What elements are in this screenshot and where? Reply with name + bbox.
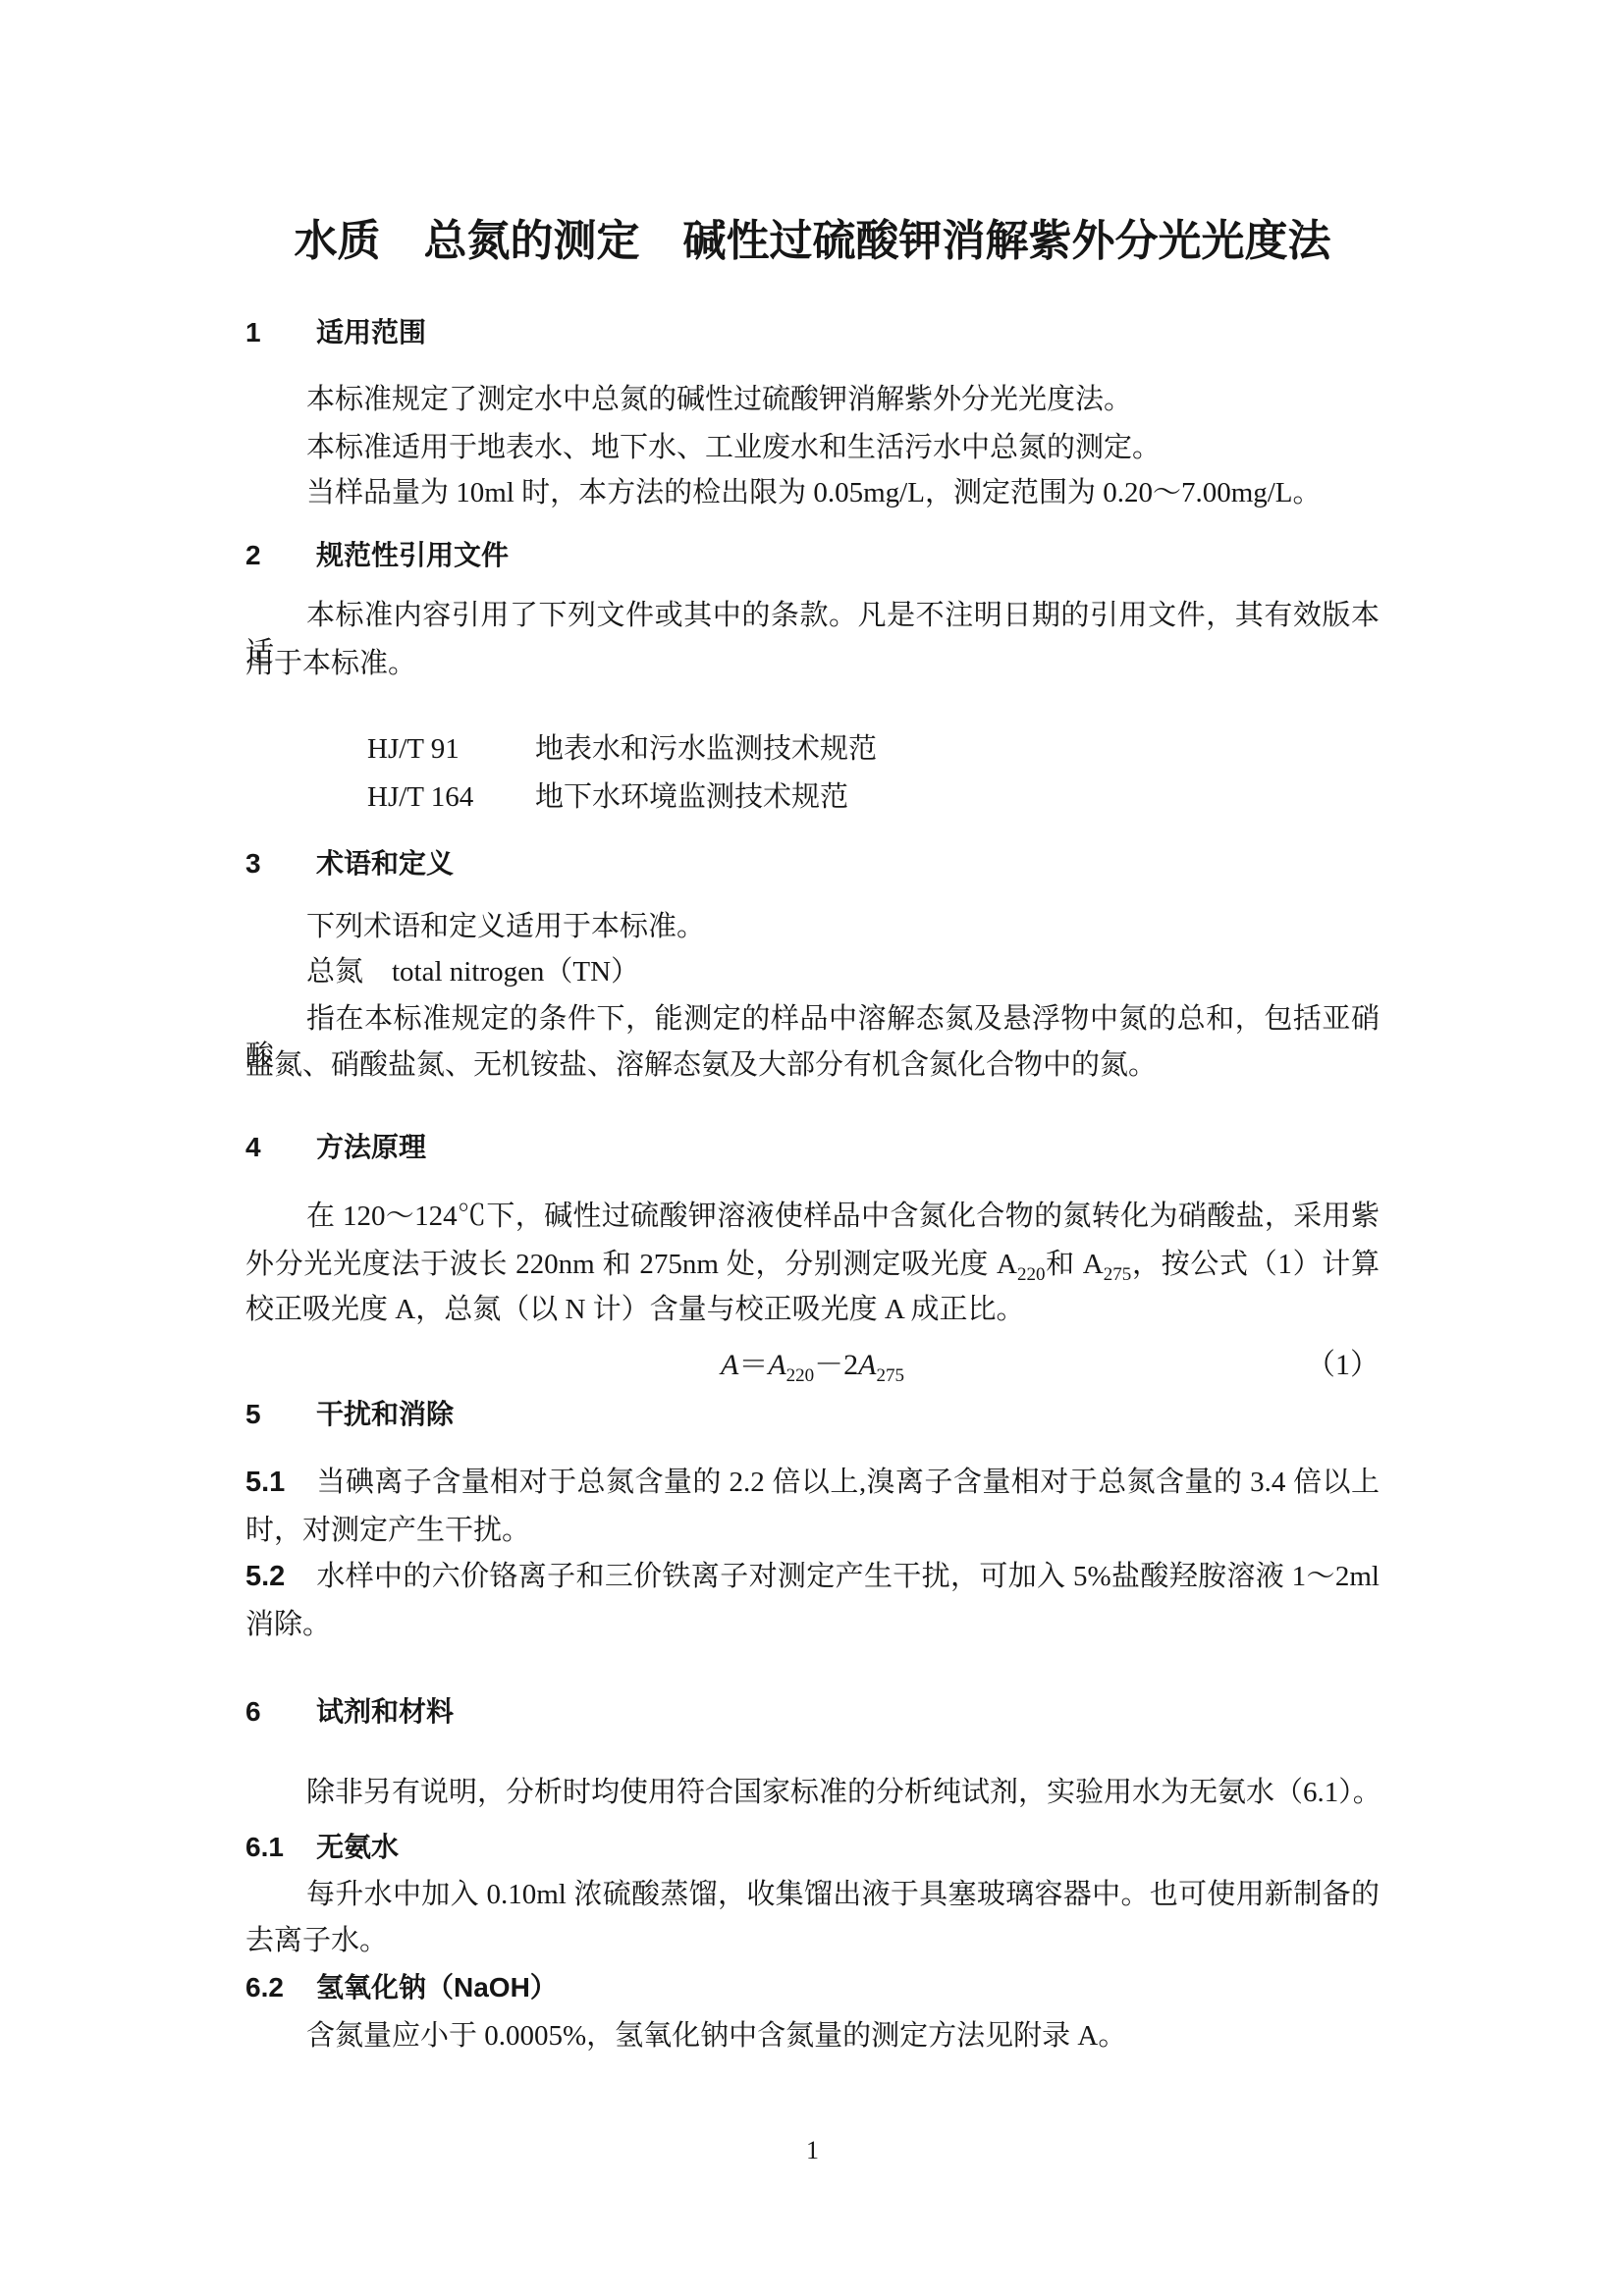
clause-6-1-title: 无氨水 xyxy=(316,1832,399,1862)
section-1-number: 1 xyxy=(245,314,316,351)
section-2-line-2: 用于本标准。 xyxy=(245,645,1380,682)
formula-1: A＝A220－2A275 （1） xyxy=(245,1347,1380,1395)
section-3-heading: 3术语和定义 xyxy=(245,845,1380,882)
clause-5-2-line-1: 5.2水样中的六价铬离子和三价铁离子对测定产生干扰，可加入 5%盐酸羟胺溶液 1… xyxy=(245,1558,1380,1595)
section-1-line-1: 本标准规定了测定水中总氮的碱性过硫酸钾消解紫外分光光度法。 xyxy=(245,381,1380,418)
section-4-heading: 4方法原理 xyxy=(245,1129,1380,1166)
formula-equals: ＝ xyxy=(738,1349,768,1381)
term-definition-line: 总氮 total nitrogen（TN） xyxy=(245,953,1380,990)
section-4-line-2-text-c: ，按公式（1）计算 xyxy=(1131,1249,1380,1280)
clause-5-2-text: 水样中的六价铬离子和三价铁离子对测定产生干扰，可加入 5%盐酸羟胺溶液 1～2m… xyxy=(316,1561,1380,1592)
reference-row-2: HJ/T 164地下水环境监测技术规范 xyxy=(245,778,1380,816)
formula-A: A xyxy=(721,1349,738,1381)
section-2-number: 2 xyxy=(245,537,316,574)
formula-sub-220: 220 xyxy=(786,1365,815,1386)
section-5-heading: 5干扰和消除 xyxy=(245,1396,1380,1433)
section-1-heading: 1适用范围 xyxy=(245,314,1380,351)
reference-1-code: HJ/T 91 xyxy=(306,730,535,768)
section-3-line-4: 盐氮、硝酸盐氮、无机铵盐、溶解态氨及大部分有机含氮化合物中的氮。 xyxy=(245,1046,1380,1084)
formula-A220: A xyxy=(768,1349,785,1381)
section-5-number: 5 xyxy=(245,1396,316,1433)
reference-2-name: 地下水环境监测技术规范 xyxy=(535,781,848,813)
section-5-title: 干扰和消除 xyxy=(316,1399,454,1429)
document-page: 水质 总氮的测定 碱性过硫酸钾消解紫外分光光度法 1适用范围 本标准规定了测定水… xyxy=(0,0,1624,2296)
section-4-number: 4 xyxy=(245,1129,316,1166)
reference-1-name: 地表水和污水监测技术规范 xyxy=(535,733,877,765)
section-3-number: 3 xyxy=(245,845,316,882)
clause-6-1-heading: 6.1无氨水 xyxy=(245,1829,1380,1866)
section-3-title: 术语和定义 xyxy=(316,848,454,879)
section-4-line-2: 外分光光度法于波长 220nm 和 275nm 处，分别测定吸光度 A220和 … xyxy=(245,1246,1380,1294)
absorbance-220-subscript: 220 xyxy=(1017,1264,1046,1285)
clause-5-1-text: 当碘离子含量相对于总氮含量的 2.2 倍以上,溴离子含量相对于总氮含量的 3.4… xyxy=(316,1467,1380,1498)
reference-row-1: HJ/T 91地表水和污水监测技术规范 xyxy=(245,730,1380,768)
reference-2-code: HJ/T 164 xyxy=(306,778,535,816)
section-1-title: 适用范围 xyxy=(316,317,426,347)
formula-minus-2: －2 xyxy=(814,1349,858,1381)
section-2-heading: 2规范性引用文件 xyxy=(245,537,1380,574)
clause-6-2-title: 氢氧化钠（NaOH） xyxy=(316,1972,558,2002)
clause-5-1-number: 5.1 xyxy=(245,1464,316,1501)
clause-5-2-line-2: 消除。 xyxy=(245,1606,1380,1643)
section-4-title: 方法原理 xyxy=(316,1132,426,1162)
formula-sub-275: 275 xyxy=(876,1365,904,1386)
section-6-heading: 6试剂和材料 xyxy=(245,1693,1380,1731)
section-2-title: 规范性引用文件 xyxy=(316,540,509,570)
section-4-line-2-text-a: 外分光光度法于波长 220nm 和 275nm 处，分别测定吸光度 A xyxy=(245,1249,1017,1280)
section-4-line-2-text-b: 和 A xyxy=(1045,1249,1103,1280)
section-6-number: 6 xyxy=(245,1693,316,1731)
section-4-line-3: 校正吸光度 A，总氮（以 N 计）含量与校正吸光度 A 成正比。 xyxy=(245,1291,1380,1328)
formula-A275: A xyxy=(858,1349,876,1381)
clause-5-2-number: 5.2 xyxy=(245,1558,316,1595)
clause-6-1-number: 6.1 xyxy=(245,1829,316,1866)
clause-6-2-heading: 6.2氢氧化钠（NaOH） xyxy=(245,1969,1380,2006)
section-4-line-1: 在 120～124℃下，碱性过硫酸钾溶液使样品中含氮化合物的氮转化为硝酸盐，采用… xyxy=(245,1198,1380,1235)
section-6-intro: 除非另有说明，分析时均使用符合国家标准的分析纯试剂，实验用水为无氨水（6.1）。 xyxy=(245,1774,1380,1811)
section-3-line-1: 下列术语和定义适用于本标准。 xyxy=(245,908,1380,945)
clause-6-1-line-1: 每升水中加入 0.10ml 浓硫酸蒸馏，收集馏出液于具塞玻璃容器中。也可使用新制… xyxy=(245,1876,1380,1913)
clause-6-2-number: 6.2 xyxy=(245,1969,316,2006)
clause-5-1-line-1: 5.1当碘离子含量相对于总氮含量的 2.2 倍以上,溴离子含量相对于总氮含量的 … xyxy=(245,1464,1380,1501)
clause-6-1-line-2: 去离子水。 xyxy=(245,1922,1380,1959)
document-title: 水质 总氮的测定 碱性过硫酸钾消解紫外分光光度法 xyxy=(245,216,1380,267)
clause-6-2-line-1: 含氮量应小于 0.0005%，氢氧化钠中含氮量的测定方法见附录 A。 xyxy=(245,2017,1380,2055)
page-number: 1 xyxy=(245,2132,1380,2169)
section-1-line-3: 当样品量为 10ml 时，本方法的检出限为 0.05mg/L，测定范围为 0.2… xyxy=(245,474,1380,511)
clause-5-1-line-2: 时，对测定产生干扰。 xyxy=(245,1512,1380,1549)
section-1-line-2: 本标准适用于地表水、地下水、工业废水和生活污水中总氮的测定。 xyxy=(245,429,1380,466)
absorbance-275-subscript: 275 xyxy=(1104,1264,1132,1285)
formula-number-label: （1） xyxy=(1306,1347,1380,1384)
section-6-title: 试剂和材料 xyxy=(316,1696,454,1727)
formula-expression: A＝A220－2A275 xyxy=(721,1349,904,1381)
